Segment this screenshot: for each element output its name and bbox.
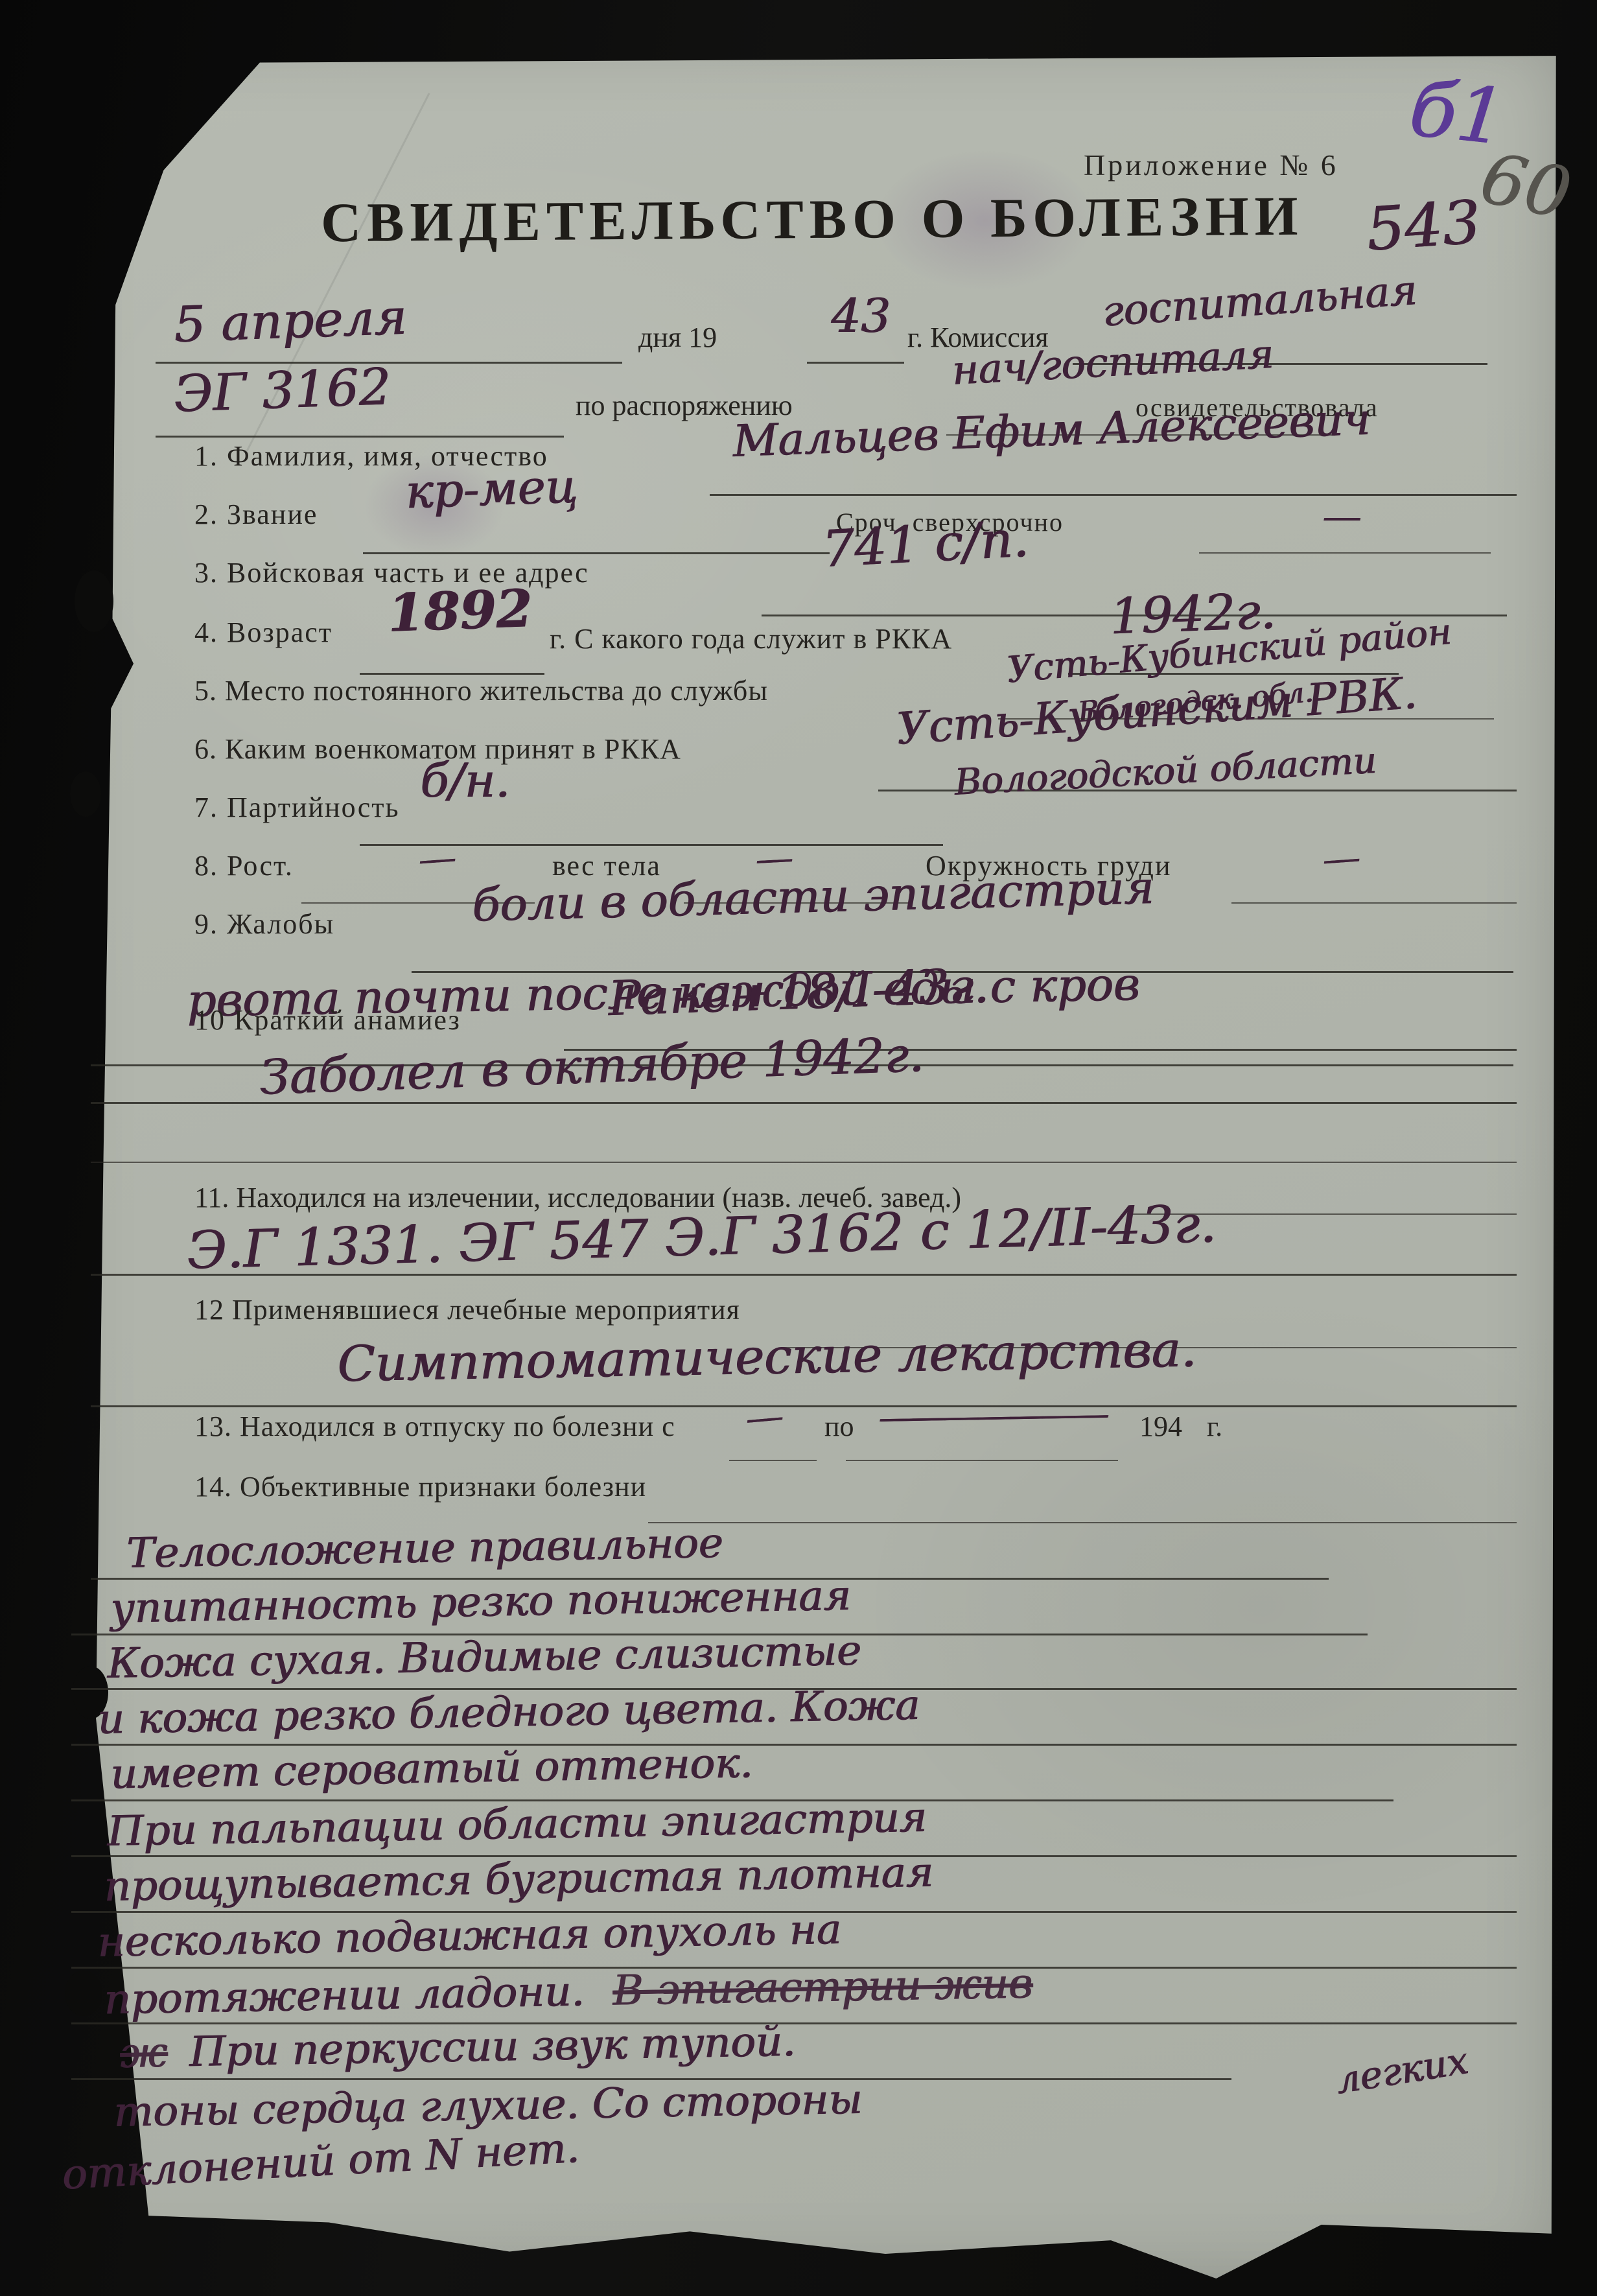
rule bbox=[71, 1744, 1517, 1746]
field-13-dash-to: ——————— bbox=[878, 1393, 1105, 1439]
scanned-document: Приложение № 6 б1 60 СВИДЕТЕЛЬСТВО О БОЛ… bbox=[0, 0, 1597, 2296]
date-handwritten: 5 апреля bbox=[173, 288, 408, 353]
rule bbox=[156, 436, 564, 438]
field-8-dash-1: — bbox=[417, 835, 458, 882]
field-2-value: кр-мец bbox=[404, 458, 579, 519]
paper-tear bbox=[65, 1971, 102, 2016]
field-13-g-label: г. bbox=[1207, 1410, 1222, 1443]
field-14-label: 14. Объективные признаки болезни bbox=[194, 1470, 646, 1503]
field-13-year-label: 194 bbox=[1139, 1410, 1182, 1443]
rule bbox=[91, 1274, 1517, 1276]
day-label: дня 19 bbox=[638, 321, 717, 354]
field-10-label: 10 Краткий анамиез bbox=[194, 1003, 461, 1037]
field-7-value: б/н. bbox=[420, 753, 510, 808]
annotation-label: Приложение № 6 bbox=[1084, 148, 1338, 182]
year-handwritten: 43 bbox=[831, 288, 891, 343]
field-13-label: 13. Находился в отпуску по болезни с bbox=[194, 1410, 675, 1443]
field-2-label: 2. Звание bbox=[194, 498, 318, 531]
struck-prefix: ж bbox=[119, 2029, 167, 2078]
field-4-rkka-label: г. С какого года служит в РККА bbox=[550, 622, 952, 655]
rule bbox=[91, 1162, 1517, 1163]
field-12-label: 12 Применявшиеся лечебные мероприятия bbox=[194, 1293, 740, 1326]
rule bbox=[807, 362, 904, 364]
rule bbox=[729, 1460, 817, 1461]
field-3-value: 741 с/п. bbox=[821, 510, 1030, 580]
field-8-dash-3: — bbox=[1321, 835, 1362, 882]
rule bbox=[648, 1522, 1517, 1523]
field-13-dash-from: — bbox=[743, 1394, 785, 1441]
field-9-label: 9. Жалобы bbox=[194, 908, 334, 941]
title-number-handwritten: 543 bbox=[1364, 187, 1482, 264]
rule bbox=[91, 1405, 1517, 1407]
rule bbox=[710, 494, 1517, 496]
rule bbox=[1231, 902, 1517, 904]
rule bbox=[363, 552, 830, 554]
hospital-unit-handwritten: ЭГ 3162 bbox=[173, 358, 392, 424]
field-4-value: 1892 bbox=[386, 578, 533, 644]
rule bbox=[91, 1102, 1517, 1104]
rule bbox=[1199, 552, 1491, 554]
page-title: СВИДЕТЕЛЬСТВО О БОЛЕЗНИ bbox=[321, 183, 1304, 255]
field-8-label: 8. Рост. bbox=[194, 849, 294, 882]
objective-line: протяжении ладони. bbox=[103, 1968, 584, 2024]
rule bbox=[846, 1460, 1118, 1461]
field-4-label: 4. Возраст bbox=[194, 616, 332, 649]
paper-tear bbox=[70, 771, 101, 817]
struck-text: В эпигастрии жив bbox=[612, 1960, 1032, 2015]
field-2-term-dash: — bbox=[1322, 494, 1361, 539]
field-13-to-label: по bbox=[824, 1410, 854, 1443]
field-7-label: 7. Партийность bbox=[194, 791, 400, 824]
paper-tear bbox=[75, 570, 113, 632]
field-5-label: 5. Место постоянного жительства до служб… bbox=[194, 674, 768, 707]
